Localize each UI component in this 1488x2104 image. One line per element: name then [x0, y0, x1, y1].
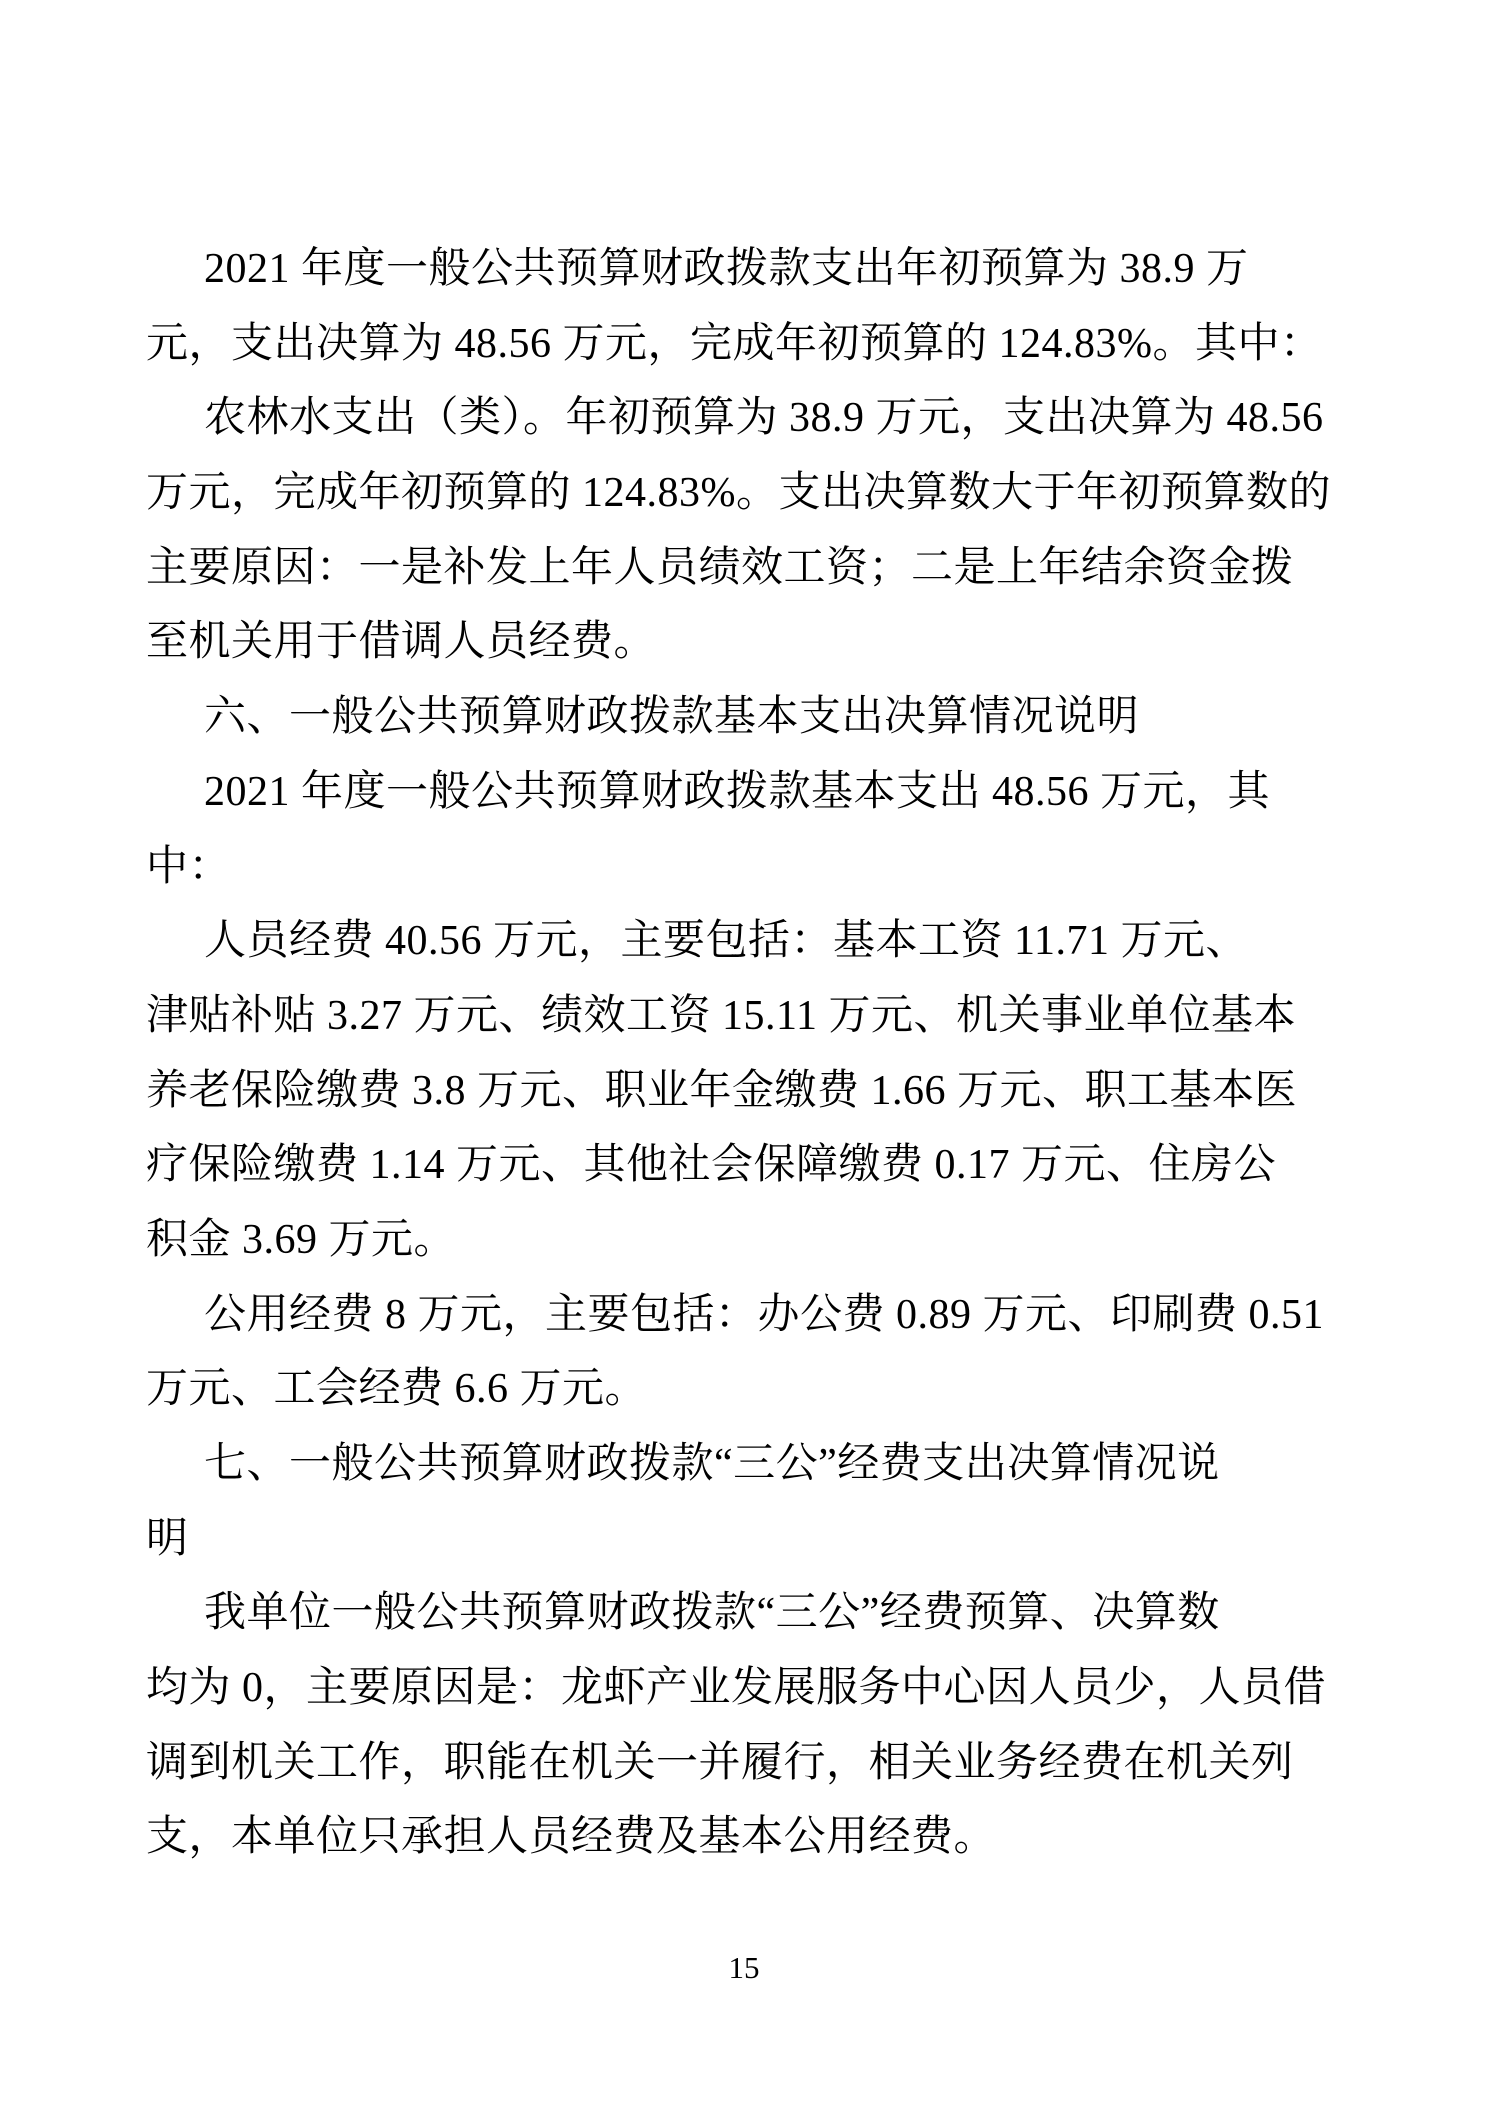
text-line: 积金 3.69 万元。	[146, 1203, 1350, 1278]
paragraph-section-7-heading: 七、一般公共预算财政拨款“三公”经费支出决算情况说明	[146, 1427, 1350, 1576]
page-number: 15	[0, 1948, 1488, 1988]
text-line: 万元，完成年初预算的 124.83%。支出决算数大于年初预算数的	[146, 456, 1350, 531]
paragraph-three-public-funds-explanation: 我单位一般公共预算财政拨款“三公”经费预算、决算数均为 0，主要原因是：龙虾产业…	[146, 1576, 1350, 1875]
text-line: 支，本单位只承担人员经费及基本公用经费。	[146, 1800, 1350, 1875]
text-line: 主要原因：一是补发上年人员绩效工资；二是上年结余资金拨	[146, 531, 1350, 606]
text-line: 疗保险缴费 1.14 万元、其他社会保障缴费 0.17 万元、住房公	[146, 1128, 1350, 1203]
text-line: 农林水支出（类）。年初预算为 38.9 万元，支出决算为 48.56	[146, 381, 1350, 456]
paragraph-section-6-heading: 六、一般公共预算财政拨款基本支出决算情况说明	[146, 680, 1350, 755]
text-line: 人员经费 40.56 万元，主要包括：基本工资 11.71 万元、	[146, 904, 1350, 979]
text-line: 明	[146, 1502, 1350, 1577]
paragraph-agriculture-forestry-water-expenditure: 农林水支出（类）。年初预算为 38.9 万元，支出决算为 48.56万元，完成年…	[146, 381, 1350, 680]
text-line: 我单位一般公共预算财政拨款“三公”经费预算、决算数	[146, 1576, 1350, 1651]
paragraph-public-expenses: 公用经费 8 万元，主要包括：办公费 0.89 万元、印刷费 0.51万元、工会…	[146, 1278, 1350, 1427]
paragraph-personnel-expenses: 人员经费 40.56 万元，主要包括：基本工资 11.71 万元、津贴补贴 3.…	[146, 904, 1350, 1277]
text-line: 至机关用于借调人员经费。	[146, 605, 1350, 680]
text-line: 中：	[146, 830, 1350, 905]
text-line: 养老保险缴费 3.8 万元、职业年金缴费 1.66 万元、职工基本医	[146, 1054, 1350, 1129]
paragraph-basic-expenditure-overview: 2021 年度一般公共预算财政拨款基本支出 48.56 万元，其中：	[146, 755, 1350, 904]
text-line: 均为 0，主要原因是：龙虾产业发展服务中心因人员少，人员借	[146, 1651, 1350, 1726]
text-line: 六、一般公共预算财政拨款基本支出决算情况说明	[146, 680, 1350, 755]
text-line: 七、一般公共预算财政拨款“三公”经费支出决算情况说	[146, 1427, 1350, 1502]
text-line: 调到机关工作，职能在机关一并履行，相关业务经费在机关列	[146, 1726, 1350, 1801]
text-line: 2021 年度一般公共预算财政拨款基本支出 48.56 万元，其	[146, 755, 1350, 830]
text-line: 公用经费 8 万元，主要包括：办公费 0.89 万元、印刷费 0.51	[146, 1278, 1350, 1353]
document-text: 2021 年度一般公共预算财政拨款支出年初预算为 38.9 万元，支出决算为 4…	[146, 232, 1350, 1875]
text-line: 津贴补贴 3.27 万元、绩效工资 15.11 万元、机关事业单位基本	[146, 979, 1350, 1054]
text-line: 万元、工会经费 6.6 万元。	[146, 1352, 1350, 1427]
text-line: 元，支出决算为 48.56 万元，完成年初预算的 124.83%。其中：	[146, 307, 1350, 382]
text-line: 2021 年度一般公共预算财政拨款支出年初预算为 38.9 万	[146, 232, 1350, 307]
document-page: 2021 年度一般公共预算财政拨款支出年初预算为 38.9 万元，支出决算为 4…	[0, 0, 1488, 2104]
paragraph-budget-expenditure-overview: 2021 年度一般公共预算财政拨款支出年初预算为 38.9 万元，支出决算为 4…	[146, 232, 1350, 381]
